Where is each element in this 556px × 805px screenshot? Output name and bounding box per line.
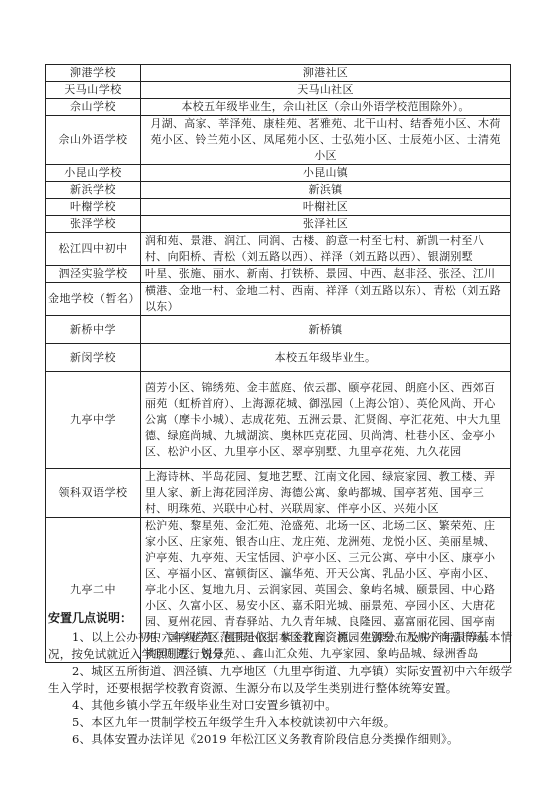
table-row: 泗泾实验学校 叶星、张施、丽水、新南、打铁桥、景园、中西、赵非泾、张泾、江川: [46, 266, 511, 283]
school-area: 上海诗林、半岛花园、复地艺墅、江南文化园、绿宸家园、教工楼、弄里人家、新上海花园…: [141, 469, 511, 518]
school-area: 本校五年级毕业生。: [141, 344, 511, 372]
school-zone-table: 泖港学校 泖港社区 天马山学校 天马山社区 佘山学校 本校五年级毕业生，佘山社区…: [45, 64, 511, 663]
school-name: 泗泾实验学校: [46, 266, 141, 283]
school-area: 新浜镇: [141, 182, 511, 199]
notes-title: 安置几点说明：: [48, 610, 518, 627]
school-area: 天马山社区: [141, 82, 511, 99]
table-row: 新闵学校 本校五年级毕业生。: [46, 344, 511, 372]
school-name: 领科双语学校: [46, 469, 141, 518]
school-name: 佘山学校: [46, 99, 141, 116]
table-row: 佘山学校 本校五年级毕业生，佘山社区（佘山外语学校范围除外）。: [46, 99, 511, 116]
table-row: 金地学校（暂名） 横港、金地一村、金地二村、西南、祥泽（刘五路以东）、青松（刘五…: [46, 283, 511, 316]
school-area: 本校五年级毕业生，佘山社区（佘山外语学校范围除外）。: [141, 99, 511, 116]
table-row: 叶榭学校 叶榭社区: [46, 199, 511, 216]
placement-notes: 安置几点说明： 1、以上公办初中六年级学区范围是依据本区教育资源、生源分布及房产…: [48, 610, 518, 748]
school-name: 泖港学校: [46, 65, 141, 82]
school-area: 月湖、高家、莘泽苑、康桂苑、茗雅苑、北干山村、结香苑小区、木荷苑小区、铃兰苑小区…: [141, 116, 511, 165]
school-name: 张泽学校: [46, 216, 141, 233]
school-name: 金地学校（暂名）: [46, 283, 141, 316]
table-row: 张泽学校 张泽社区: [46, 216, 511, 233]
note-item: 2、城区五所街道、泗泾镇、九亭地区（九里亭街道、九亭镇）实际安置初中六年级学生入…: [48, 663, 518, 697]
table-row: 九亭中学 茵芳小区、锦绣苑、金丰蓝庭、依云郡、颐亭花园、朗庭小区、西郊百丽苑（虹…: [46, 372, 511, 469]
school-area: 张泽社区: [141, 216, 511, 233]
school-name: 佘山外语学校: [46, 116, 141, 165]
school-area: 叶星、张施、丽水、新南、打铁桥、景园、中西、赵非泾、张泾、江川: [141, 266, 511, 283]
table-row: 泖港学校 泖港社区: [46, 65, 511, 82]
school-area: 泖港社区: [141, 65, 511, 82]
school-name: 小昆山学校: [46, 165, 141, 182]
table-row: 松江四中初中 润和苑、景港、润江、同润、古楼、韵意一村至七村、新凯一村至八村、向…: [46, 233, 511, 266]
note-item: 5、本区九年一贯制学校五年级学生升入本校就读初中六年级。: [48, 714, 518, 731]
school-name: 叶榭学校: [46, 199, 141, 216]
school-area: 茵芳小区、锦绣苑、金丰蓝庭、依云郡、颐亭花园、朗庭小区、西郊百丽苑（虹桥首府）、…: [141, 372, 511, 469]
table-row: 天马山学校 天马山社区: [46, 82, 511, 99]
school-area: 润和苑、景港、润江、同润、古楼、韵意一村至七村、新凯一村至八村、向阳桥、青松（刘…: [141, 233, 511, 266]
school-area: 横港、金地一村、金地二村、西南、祥泽（刘五路以东）、青松（刘五路以东）: [141, 283, 511, 316]
table-row: 新浜学校 新浜镇: [46, 182, 511, 199]
school-name: 松江四中初中: [46, 233, 141, 266]
note-item: 6、具体安置办法详见《2019 年松江区义务教育阶段信息分类操作细则》。: [48, 731, 518, 748]
table-row: 领科双语学校 上海诗林、半岛花园、复地艺墅、江南文化园、绿宸家园、教工楼、弄里人…: [46, 469, 511, 518]
school-area: 小昆山镇: [141, 165, 511, 182]
table-row: 新桥中学 新桥镇: [46, 316, 511, 344]
school-name: 九亭中学: [46, 372, 141, 469]
table-row: 佘山外语学校 月湖、高家、莘泽苑、康桂苑、茗雅苑、北干山村、结香苑小区、木荷苑小…: [46, 116, 511, 165]
school-name: 新桥中学: [46, 316, 141, 344]
school-name: 新闵学校: [46, 344, 141, 372]
school-name: 新浜学校: [46, 182, 141, 199]
document-page: 泖港学校 泖港社区 天马山学校 天马山社区 佘山学校 本校五年级毕业生，佘山社区…: [0, 0, 556, 805]
note-item: 4、其他乡镇小学五年级毕业生对口安置乡镇初中。: [48, 697, 518, 714]
note-item: 1、以上公办初中六年级学区范围是依据本区教育资源、生源分布及房产年限等基本情况，…: [48, 629, 518, 663]
school-area: 叶榭社区: [141, 199, 511, 216]
school-area: 新桥镇: [141, 316, 511, 344]
table-row: 小昆山学校 小昆山镇: [46, 165, 511, 182]
school-name: 天马山学校: [46, 82, 141, 99]
